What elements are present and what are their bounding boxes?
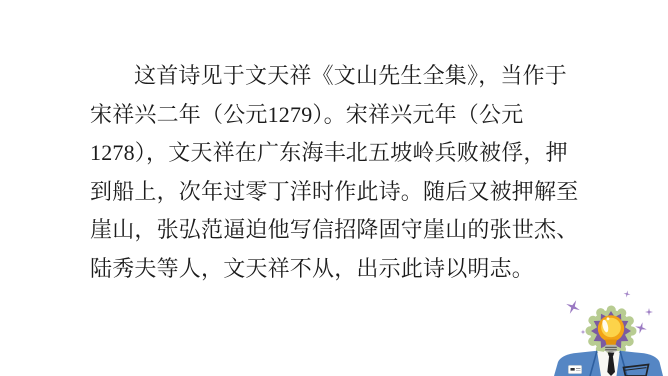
businessman-lightbulb-illustration xyxy=(545,280,668,376)
suit xyxy=(554,351,663,376)
paragraph-line-2: 宋祥兴二年（公元1279）。宋祥兴元年（公元 xyxy=(90,96,596,135)
paragraph-line-6: 陆秀夫等人，文天祥不从，出示此诗以明志。 xyxy=(90,250,596,289)
paragraph-line-4: 到船上，次年过零丁洋时作此诗。随后又被押解至 xyxy=(90,173,596,212)
paragraph-line-3: 1278），文天祥在广东海丰北五坡岭兵败被俘，押 xyxy=(90,134,596,173)
paragraph-line-5: 崖山，张弘范逼迫他写信招降固守崖山的张世杰、 xyxy=(90,211,596,250)
slide: 这首诗见于文天祥《文山先生全集》，当作于 宋祥兴二年（公元1279）。宋祥兴元年… xyxy=(0,0,668,376)
badge xyxy=(569,366,582,374)
paragraph-text-block: 这首诗见于文天祥《文山先生全集》，当作于 宋祥兴二年（公元1279）。宋祥兴元年… xyxy=(90,57,596,288)
paragraph-line-1: 这首诗见于文天祥《文山先生全集》，当作于 xyxy=(90,57,596,96)
